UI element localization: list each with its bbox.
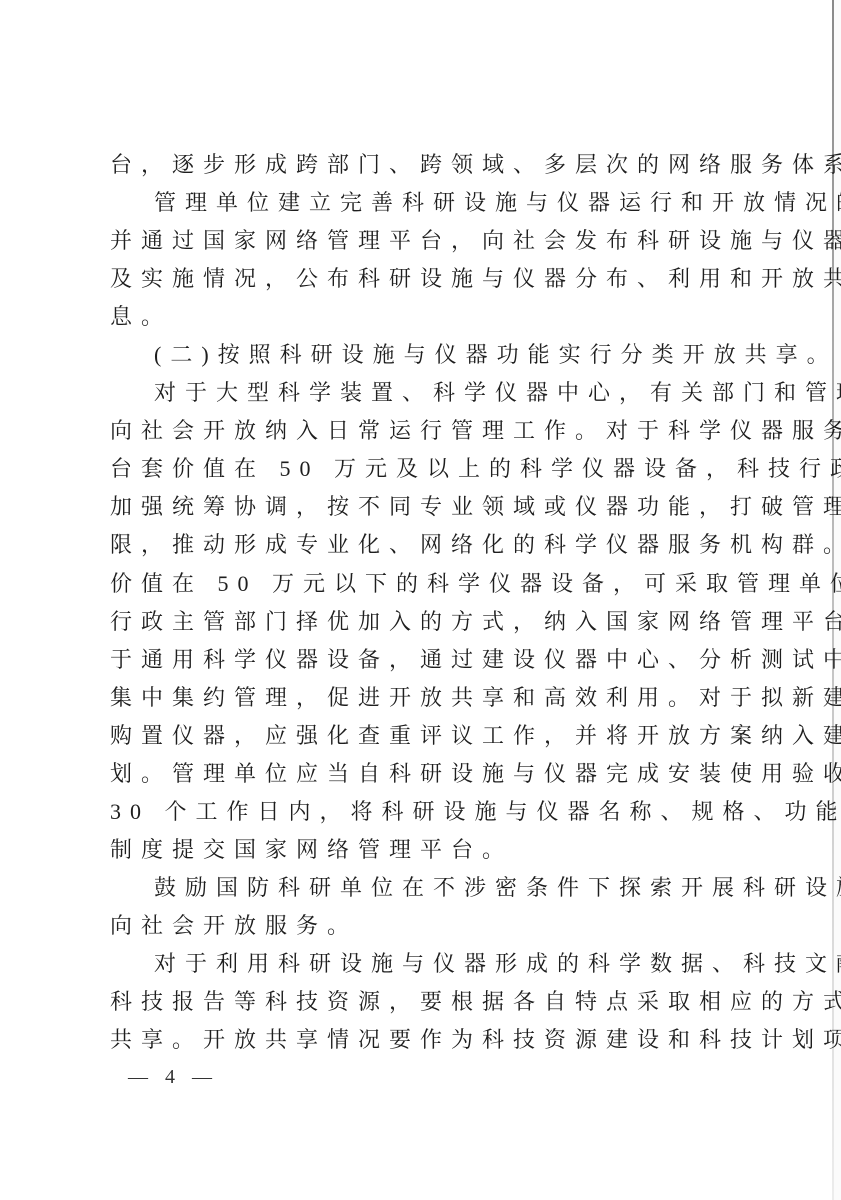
text-line: 向社会开放服务。 bbox=[110, 907, 740, 945]
text-line: 鼓励国防科研单位在不涉密条件下探索开展科研设施与仪器 bbox=[110, 869, 740, 907]
text-line: 购置仪器，应强化查重评议工作，并将开放方案纳入建设或购置计 bbox=[110, 717, 740, 755]
text-line: 集中集约管理，促进开放共享和高效利用。对于拟新建设施和新 bbox=[110, 679, 740, 717]
document-body: 台，逐步形成跨部门、跨领域、多层次的网络服务体系。 管理单位建立完善科研设施与仪… bbox=[110, 146, 740, 1059]
section-heading-text: (二)按照科研设施与仪器功能实行分类开放共享。 bbox=[110, 336, 740, 374]
text-line: 共享。开放共享情况要作为科技资源建设和科技计划项目管理考 bbox=[110, 1021, 740, 1059]
paragraph-continuation: 台，逐步形成跨部门、跨领域、多层次的网络服务体系。 bbox=[110, 146, 740, 184]
text-line: 制度提交国家网络管理平台。 bbox=[110, 831, 740, 869]
paragraph-defense-units: 鼓励国防科研单位在不涉密条件下探索开展科研设施与仪器 向社会开放服务。 bbox=[110, 869, 740, 945]
text-line: 及实施情况，公布科研设施与仪器分布、利用和开放共享情况等信 bbox=[110, 260, 740, 298]
text-line: 台，逐步形成跨部门、跨领域、多层次的网络服务体系。 bbox=[110, 146, 740, 184]
page-margin-strip bbox=[834, 0, 841, 1200]
text-line: 行政主管部门择优加入的方式，纳入国家网络管理平台管理。对 bbox=[110, 603, 740, 641]
text-line: 划。管理单位应当自科研设施与仪器完成安装使用验收之日起 bbox=[110, 755, 740, 793]
text-line: 息。 bbox=[110, 298, 740, 336]
text-line: 台套价值在 50 万元及以上的科学仪器设备，科技行政主管部门要 bbox=[110, 450, 740, 488]
paragraph-record-publication: 管理单位建立完善科研设施与仪器运行和开放情况的记录， 并通过国家网络管理平台，向… bbox=[110, 184, 740, 336]
text-line: 于通用科学仪器设备，通过建设仪器中心、分析测试中心等方式， bbox=[110, 641, 740, 679]
text-line: 加强统筹协调，按不同专业领域或仪器功能，打破管理单位的界 bbox=[110, 488, 740, 526]
text-line: 价值在 50 万元以下的科学仪器设备，可采取管理单位自愿申报、 bbox=[110, 565, 740, 603]
text-line: 限，推动形成专业化、网络化的科学仪器服务机构群。对于单台套 bbox=[110, 526, 740, 564]
section-heading: (二)按照科研设施与仪器功能实行分类开放共享。 bbox=[110, 336, 740, 374]
text-line: 30 个工作日内，将科研设施与仪器名称、规格、功能等情况和开放 bbox=[110, 793, 740, 831]
text-line: 科技报告等科技资源，要根据各自特点采取相应的方式对外开放 bbox=[110, 983, 740, 1021]
paragraph-scientific-resources: 对于利用科研设施与仪器形成的科学数据、科技文献(论文)、 科技报告等科技资源，要… bbox=[110, 945, 740, 1059]
text-line: 并通过国家网络管理平台，向社会发布科研设施与仪器开放制度 bbox=[110, 222, 740, 260]
text-line: 管理单位建立完善科研设施与仪器运行和开放情况的记录， bbox=[110, 184, 740, 222]
text-line: 向社会开放纳入日常运行管理工作。对于科学仪器服务单元和单 bbox=[110, 412, 740, 450]
text-line: 对于利用科研设施与仪器形成的科学数据、科技文献(论文)、 bbox=[110, 945, 740, 983]
page-number: — 4 — bbox=[128, 1066, 218, 1089]
text-line: 对于大型科学装置、科学仪器中心，有关部门和管理单位要将 bbox=[110, 374, 740, 412]
paragraph-classified-sharing: 对于大型科学装置、科学仪器中心，有关部门和管理单位要将 向社会开放纳入日常运行管… bbox=[110, 374, 740, 869]
